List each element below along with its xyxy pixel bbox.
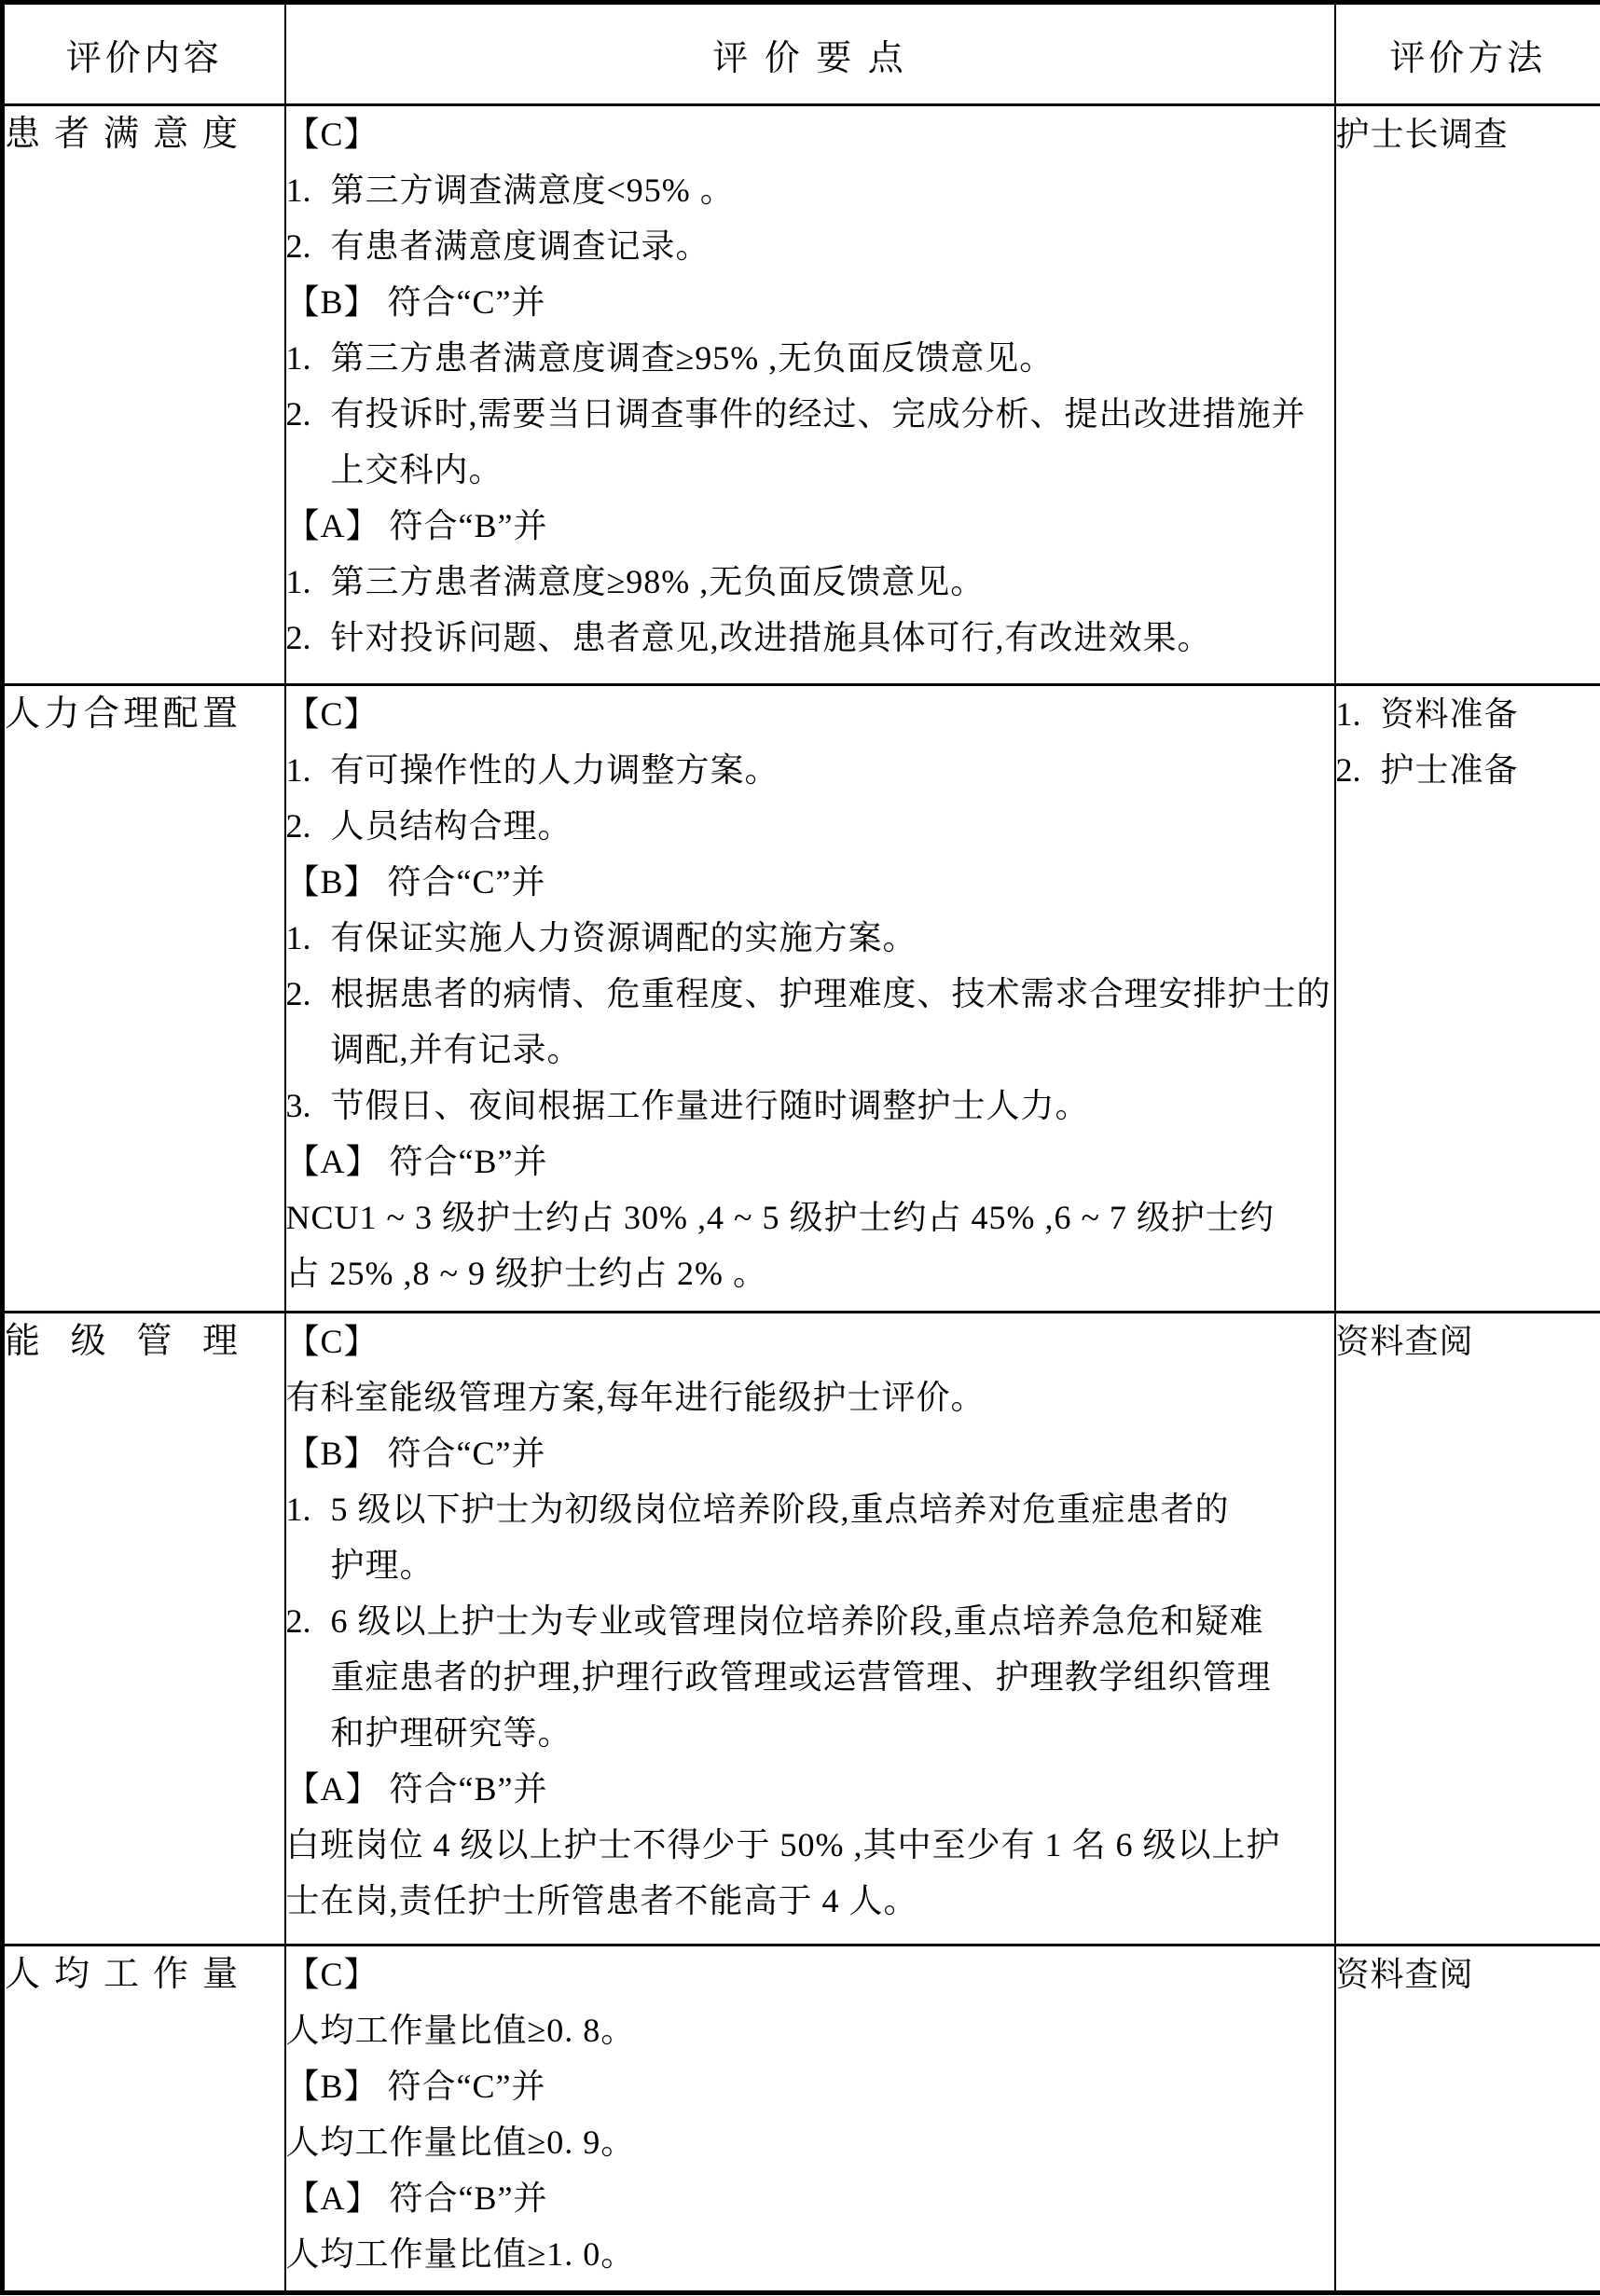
line-text: 资料查阅	[1336, 1323, 1474, 1360]
line-text: 【C】	[286, 695, 379, 733]
line-text: 有保证实施人力资源调配的实施方案。	[331, 919, 917, 956]
item-number: 1.	[1336, 686, 1381, 742]
text-line: 人均工作量比值≥1. 0。	[286, 2226, 1334, 2282]
item-number: 2.	[286, 966, 331, 1022]
text-line: 护士长调查	[1336, 106, 1600, 162]
item-number: 2.	[286, 218, 331, 274]
text-line: 【B】 符合“C”并	[286, 1425, 1334, 1481]
line-text: 第三方调查满意度<95% 。	[331, 172, 735, 209]
text-line: 资料查阅	[1336, 1313, 1600, 1369]
text-line: 【A】 符合“B”并	[286, 1134, 1334, 1189]
text-line: 2.6 级以上护士为专业或管理岗位培养阶段,重点培养急危和疑难	[286, 1593, 1334, 1649]
line-text: 针对投诉问题、患者意见,改进措施具体可行,有改进效果。	[331, 619, 1212, 656]
text-line: 2.人员结构合理。	[286, 798, 1334, 854]
table-row-staffing-allocation: 人力合理配置 【C】1.有可操作性的人力调整方案。2.人员结构合理。【B】 符合…	[3, 685, 1600, 1313]
method-cell: 1.资料准备2.护士准备	[1335, 685, 1600, 1313]
row-label: 人均工作量	[5, 1946, 238, 2002]
line-text: NCU1 ~ 3 级护士约占 30% ,4 ~ 5 级护士约占 45% ,6 ~…	[286, 1199, 1275, 1236]
line-text: 调配,并有记录。	[331, 1031, 582, 1068]
table-row-competency-management: 能级管理 【C】有科室能级管理方案,每年进行能级护士评价。【B】 符合“C”并1…	[3, 1313, 1600, 1945]
text-line: 有科室能级管理方案,每年进行能级护士评价。	[286, 1369, 1334, 1425]
text-line: 士在岗,责任护士所管患者不能高于 4 人。	[286, 1873, 1334, 1929]
line-text: 有科室能级管理方案,每年进行能级护士评价。	[286, 1379, 986, 1416]
item-number: 1.	[286, 330, 331, 386]
item-number: 2.	[1336, 742, 1381, 798]
text-line: 1.第三方患者满意度≥98% ,无负面反馈意见。	[286, 554, 1334, 610]
table-row-per-capita-workload: 人均工作量 【C】人均工作量比值≥0. 8。【B】 符合“C”并人均工作量比值≥…	[3, 1945, 1600, 2293]
row-label: 患者满意度	[5, 106, 238, 162]
text-line: 1.第三方患者满意度调查≥95% ,无负面反馈意见。	[286, 330, 1334, 386]
line-text: 护士长调查	[1336, 116, 1509, 153]
text-line: 2.护士准备	[1336, 742, 1600, 798]
line-text: 5 级以下护士为初级岗位培养阶段,重点培养对危重症患者的	[331, 1491, 1230, 1528]
text-line: 1.有保证实施人力资源调配的实施方案。	[286, 910, 1334, 966]
text-line: 【A】 符合“B”并	[286, 498, 1334, 554]
line-text: 人均工作量比值≥1. 0。	[286, 2235, 636, 2273]
text-line: 【B】 符合“C”并	[286, 2058, 1334, 2114]
text-line: 重症患者的护理,护理行政管理或运营管理、护理教学组织管理	[286, 1649, 1334, 1705]
line-text: 和护理研究等。	[331, 1714, 572, 1752]
table-row-patient-satisfaction: 患者满意度 【C】1.第三方调查满意度<95% 。2.有患者满意度调查记录。【B…	[3, 105, 1600, 685]
header-method: 评价方法	[1335, 3, 1600, 105]
text-line: 1.第三方调查满意度<95% 。	[286, 162, 1334, 218]
item-number: 1.	[286, 742, 331, 798]
line-text: 【A】 符合“B”并	[286, 1770, 548, 1808]
line-text: 【B】 符合“C”并	[286, 863, 546, 901]
text-line: 1.资料准备	[1336, 686, 1600, 742]
text-line: 资料查阅	[1336, 1946, 1600, 2002]
line-text: 【A】 符合“B”并	[286, 1143, 548, 1180]
item-number: 1.	[286, 910, 331, 966]
method-cell: 护士长调查	[1335, 105, 1600, 685]
text-line: 【C】	[286, 1313, 1334, 1369]
line-text: 【A】 符合“B”并	[286, 2179, 548, 2217]
text-line: 护理。	[286, 1537, 1334, 1593]
line-text: 【C】	[286, 116, 379, 153]
row-label: 能级管理	[5, 1313, 238, 1369]
line-text: 重症患者的护理,护理行政管理或运营管理、护理教学组织管理	[331, 1658, 1272, 1696]
item-number: 2.	[286, 1593, 331, 1649]
line-text: 人均工作量比值≥0. 9。	[286, 2124, 636, 2161]
text-line: 上交科内。	[286, 442, 1334, 498]
content-cell: 人均工作量	[3, 1945, 285, 2293]
line-text: 节假日、夜间根据工作量进行随时调整护士人力。	[331, 1087, 1090, 1124]
item-number: 2.	[286, 798, 331, 854]
line-text: 根据患者的病情、危重程度、护理难度、技术需求合理安排护士的	[331, 975, 1331, 1012]
text-line: 3.节假日、夜间根据工作量进行随时调整护士人力。	[286, 1078, 1334, 1134]
line-text: 占 25% ,8 ~ 9 级护士约占 2% 。	[286, 1255, 767, 1292]
text-line: 【C】	[286, 1946, 1334, 2002]
line-text: 【B】 符合“C”并	[286, 2068, 546, 2105]
points-cell: 【C】1.第三方调查满意度<95% 。2.有患者满意度调查记录。【B】 符合“C…	[285, 105, 1335, 685]
row-label: 人力合理配置	[5, 686, 238, 742]
line-text: 有可操作性的人力调整方案。	[331, 751, 779, 789]
method-cell: 资料查阅	[1335, 1945, 1600, 2293]
line-text: 人员结构合理。	[331, 807, 572, 845]
line-text: 资料准备	[1381, 695, 1519, 733]
item-number: 2.	[286, 386, 331, 442]
line-text: 【C】	[286, 1956, 379, 1993]
line-text: 资料查阅	[1336, 1956, 1474, 1993]
content-cell: 人力合理配置	[3, 685, 285, 1313]
text-line: 【C】	[286, 686, 1334, 742]
evaluation-table: 评价内容 评 价 要 点 评价方法 患者满意度 【C】1.第三方调查满意度<95…	[0, 0, 1600, 2295]
line-text: 【B】 符合“C”并	[286, 283, 546, 321]
header-content: 评价内容	[3, 3, 285, 105]
text-line: 2.针对投诉问题、患者意见,改进措施具体可行,有改进效果。	[286, 610, 1334, 666]
item-number: 3.	[286, 1078, 331, 1134]
text-line: 人均工作量比值≥0. 8。	[286, 2002, 1334, 2058]
line-text: 有患者满意度调查记录。	[331, 227, 710, 265]
points-cell: 【C】1.有可操作性的人力调整方案。2.人员结构合理。【B】 符合“C”并1.有…	[285, 685, 1335, 1313]
line-text: 【A】 符合“B”并	[286, 507, 548, 544]
text-line: 和护理研究等。	[286, 1705, 1334, 1761]
method-cell: 资料查阅	[1335, 1313, 1600, 1945]
text-line: 【A】 符合“B”并	[286, 1761, 1334, 1817]
line-text: 上交科内。	[331, 451, 503, 488]
text-line: NCU1 ~ 3 级护士约占 30% ,4 ~ 5 级护士约占 45% ,6 ~…	[286, 1189, 1334, 1245]
line-text: 【C】	[286, 1323, 379, 1360]
line-text: 第三方患者满意度≥98% ,无负面反馈意见。	[331, 563, 986, 600]
text-line: 【C】	[286, 106, 1334, 162]
text-line: 【B】 符合“C”并	[286, 274, 1334, 330]
text-line: 【B】 符合“C”并	[286, 854, 1334, 910]
text-line: 1.5 级以下护士为初级岗位培养阶段,重点培养对危重症患者的	[286, 1481, 1334, 1537]
line-text: 人均工作量比值≥0. 8。	[286, 2012, 636, 2049]
item-number: 1.	[286, 1481, 331, 1537]
text-line: 2.根据患者的病情、危重程度、护理难度、技术需求合理安排护士的	[286, 966, 1334, 1022]
line-text: 第三方患者满意度调查≥95% ,无负面反馈意见。	[331, 339, 1055, 377]
line-text: 有投诉时,需要当日调查事件的经过、完成分析、提出改进措施并	[331, 395, 1306, 433]
text-line: 【A】 符合“B”并	[286, 2170, 1334, 2226]
item-number: 1.	[286, 554, 331, 610]
line-text: 护士准备	[1381, 751, 1519, 789]
points-cell: 【C】有科室能级管理方案,每年进行能级护士评价。【B】 符合“C”并1.5 级以…	[285, 1313, 1335, 1945]
document-page: 评价内容 评 价 要 点 评价方法 患者满意度 【C】1.第三方调查满意度<95…	[0, 0, 1600, 2296]
text-line: 2.有投诉时,需要当日调查事件的经过、完成分析、提出改进措施并	[286, 386, 1334, 442]
line-text: 护理。	[331, 1547, 434, 1584]
item-number: 1.	[286, 162, 331, 218]
line-text: 6 级以上护士为专业或管理岗位培养阶段,重点培养急危和疑难	[331, 1602, 1264, 1640]
points-cell: 【C】人均工作量比值≥0. 8。【B】 符合“C”并人均工作量比值≥0. 9。【…	[285, 1945, 1335, 2293]
line-text: 士在岗,责任护士所管患者不能高于 4 人。	[286, 1882, 918, 1919]
line-text: 【B】 符合“C”并	[286, 1435, 546, 1472]
header-points: 评 价 要 点	[285, 3, 1335, 105]
header-row: 评价内容 评 价 要 点 评价方法	[3, 3, 1600, 105]
text-line: 占 25% ,8 ~ 9 级护士约占 2% 。	[286, 1245, 1334, 1301]
text-line: 白班岗位 4 级以上护士不得少于 50% ,其中至少有 1 名 6 级以上护	[286, 1817, 1334, 1873]
text-line: 调配,并有记录。	[286, 1022, 1334, 1078]
line-text: 白班岗位 4 级以上护士不得少于 50% ,其中至少有 1 名 6 级以上护	[286, 1826, 1281, 1863]
item-number: 2.	[286, 610, 331, 666]
text-line: 1.有可操作性的人力调整方案。	[286, 742, 1334, 798]
content-cell: 患者满意度	[3, 105, 285, 685]
text-line: 人均工作量比值≥0. 9。	[286, 2114, 1334, 2170]
text-line: 2.有患者满意度调查记录。	[286, 218, 1334, 274]
content-cell: 能级管理	[3, 1313, 285, 1945]
